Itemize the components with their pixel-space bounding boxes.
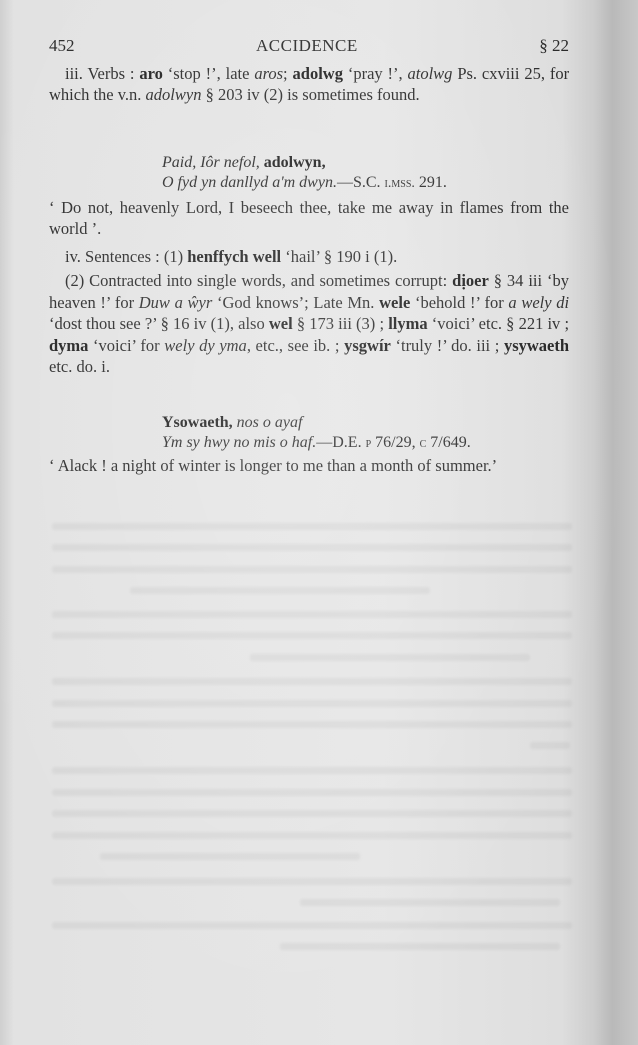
paragraph-iii-verbs: iii. Verbs : aro ‘stop !’, late aros; ad…	[49, 63, 569, 105]
page-header: 452 ACCIDENCE § 22	[49, 36, 569, 56]
headword: ysywaeth	[504, 336, 569, 355]
verse-quote-2: Ysowaeth, nos o ayaf Ym sy hwy no mis o …	[162, 413, 471, 454]
book-page: 452 ACCIDENCE § 22 iii. Verbs : aro ‘sto…	[0, 0, 638, 1045]
section-number: § 22	[539, 36, 569, 56]
headword: llyma	[388, 314, 427, 333]
headword: aro	[139, 64, 163, 83]
verse-line-2: O fyd yn danllyd a'm dwyn.—S.C. i.mss. 2…	[162, 173, 447, 194]
page-number: 452	[49, 36, 75, 56]
verse-line-2: Ym sy hwy no mis o haf.—D.E. p 76/29, c …	[162, 433, 471, 454]
paragraph-2-contracted: (2) Contracted into single words, and so…	[49, 270, 569, 378]
headword: dịoer	[452, 271, 489, 290]
paragraph-iv-sentences: iv. Sentences : (1) henffych well ‘hail’…	[49, 246, 569, 267]
verse-line-1: Paid, Iôr nefol, adolwyn,	[162, 153, 447, 173]
headword: dyma	[49, 336, 88, 355]
headword: henffych well	[187, 247, 281, 266]
headword: wele	[379, 293, 410, 312]
verse-quote-1: Paid, Iôr nefol, adolwyn, O fyd yn danll…	[162, 153, 447, 194]
headword: adolwg	[293, 64, 343, 83]
translation-2: ‘ Alack ! a night of winter is longer to…	[49, 455, 569, 476]
headword: wel	[269, 314, 293, 333]
translation-1: ‘ Do not, heavenly Lord, I beseech thee,…	[49, 197, 569, 239]
verse-line-1: Ysowaeth, nos o ayaf	[162, 413, 471, 433]
headword: ysgwír	[344, 336, 391, 355]
running-title: ACCIDENCE	[256, 36, 358, 56]
